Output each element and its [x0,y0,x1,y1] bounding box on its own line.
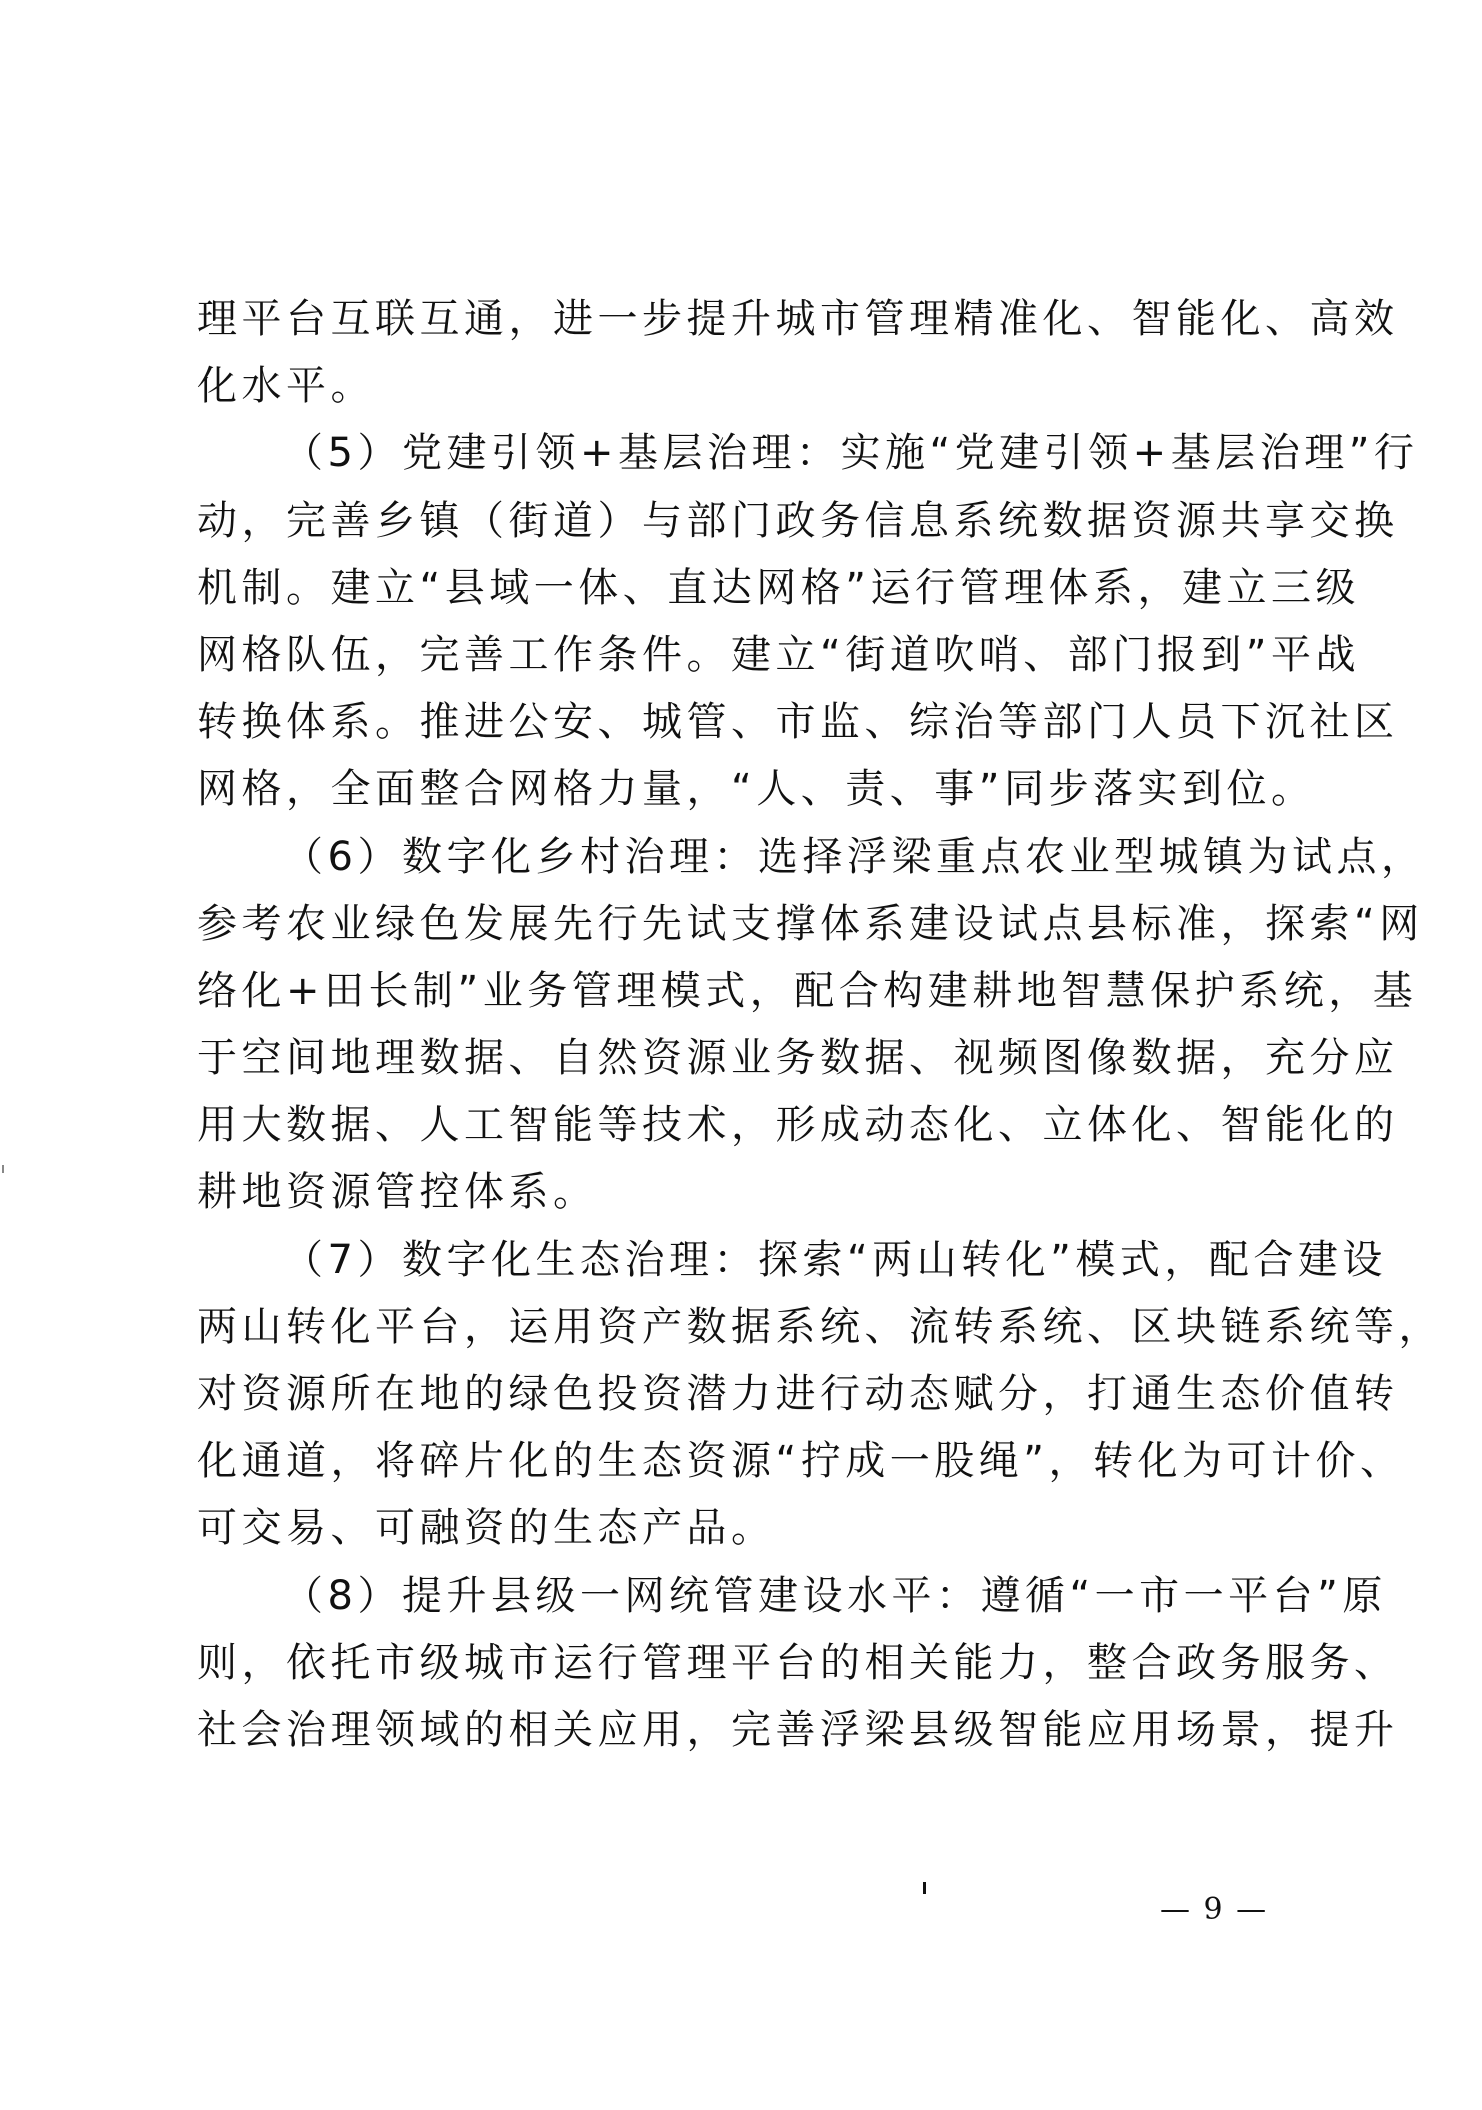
text-line: 化水平。 [197,353,1287,420]
document-body: 理平台互联互通，进一步提升城市管理精准化、智能化、高效 化水平。 （5）党建引领… [197,286,1287,1764]
text-line: 可交易、可融资的生态产品。 [197,1495,1287,1562]
text-line: 网格队伍，完善工作条件。建立“街道吹哨、部门报到”平战 [197,622,1287,689]
paragraph-continued: 理平台互联互通，进一步提升城市管理精准化、智能化、高效 化水平。 [197,286,1287,420]
page-number: — 9 — [1160,1892,1268,1927]
paragraph-heading-line: （5）党建引领+基层治理：实施“党建引领+基层治理”行 [197,420,1287,487]
text-line: 耕地资源管控体系。 [197,1159,1287,1226]
scan-artifact-mark [2,1165,4,1173]
text-line: 对资源所在地的绿色投资潜力进行动态赋分，打通生态价值转 [197,1361,1287,1428]
text-line: 动，完善乡镇（街道）与部门政务信息系统数据资源共享交换 [197,488,1287,555]
text-line: 转换体系。推进公安、城管、市监、综治等部门人员下沉社区 [197,689,1287,756]
text-line: 理平台互联互通，进一步提升城市管理精准化、智能化、高效 [197,286,1287,353]
text-line: 于空间地理数据、自然资源业务数据、视频图像数据，充分应 [197,1025,1287,1092]
text-line: 化通道，将碎片化的生态资源“拧成一股绳”，转化为可计价、 [197,1428,1287,1495]
text-line: 络化+田长制”业务管理模式，配合构建耕地智慧保护系统，基 [197,958,1287,1025]
text-line: 网格，全面整合网格力量，“人、责、事”同步落实到位。 [197,756,1287,823]
document-page: 理平台互联互通，进一步提升城市管理精准化、智能化、高效 化水平。 （5）党建引领… [0,0,1482,2110]
paragraph-heading-line: （7）数字化生态治理：探索“两山转化”模式，配合建设 [197,1227,1287,1294]
text-line: 参考农业绿色发展先行先试支撑体系建设试点县标准，探索“网 [197,891,1287,958]
paragraph-heading-line: （8）提升县级一网统管建设水平：遵循“一市一平台”原 [197,1563,1287,1630]
paragraph-8-county-unified-management: （8）提升县级一网统管建设水平：遵循“一市一平台”原 则，依托市级城市运行管理平… [197,1563,1287,1765]
text-line: 用大数据、人工智能等技术，形成动态化、立体化、智能化的 [197,1092,1287,1159]
scan-artifact-mark [923,1882,926,1894]
text-line: 社会治理领域的相关应用，完善浮梁县级智能应用场景，提升 [197,1697,1287,1764]
paragraph-heading-line: （6）数字化乡村治理：选择浮梁重点农业型城镇为试点， [197,824,1287,891]
text-line: 则，依托市级城市运行管理平台的相关能力，整合政务服务、 [197,1630,1287,1697]
text-line: 两山转化平台，运用资产数据系统、流转系统、区块链系统等， [197,1294,1287,1361]
paragraph-5-party-building-governance: （5）党建引领+基层治理：实施“党建引领+基层治理”行 动，完善乡镇（街道）与部… [197,420,1287,823]
paragraph-7-digital-ecological-governance: （7）数字化生态治理：探索“两山转化”模式，配合建设 两山转化平台，运用资产数据… [197,1227,1287,1563]
text-line: 机制。建立“县域一体、直达网格”运行管理体系，建立三级 [197,555,1287,622]
paragraph-6-digital-rural-governance: （6）数字化乡村治理：选择浮梁重点农业型城镇为试点， 参考农业绿色发展先行先试支… [197,824,1287,1227]
